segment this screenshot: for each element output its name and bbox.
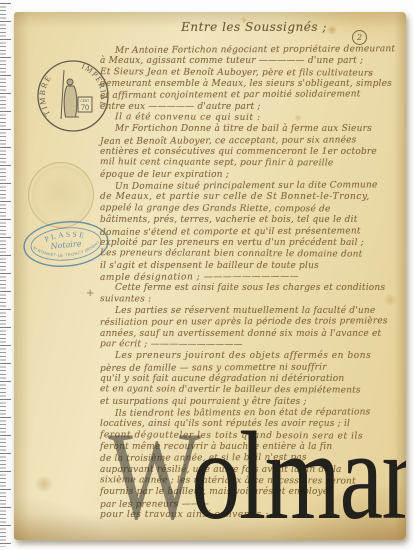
manuscript-line: Il a été convenu ce qui suit :: [115, 112, 406, 125]
ruler-major-ticks: [0, 3, 11, 547]
manuscript-line: Les preneurs déclarant bien connaître le…: [100, 248, 406, 261]
svg-text:TIMBRE: TIMBRE: [38, 73, 54, 118]
margin-cross-mark: +: [86, 288, 94, 299]
manuscript-line: Un Domaine situé principalement sur la d…: [115, 180, 406, 193]
timbre-left-arc-text: TIMBRE: [38, 73, 54, 118]
manuscript-sheet: Entre les Soussignés ; 2 TIMBRE IMPÉRIAL…: [14, 12, 406, 540]
photograph-of-document: { "page_number": "2", "heading": "Entre …: [0, 0, 414, 550]
stamp-value: 70: [81, 103, 89, 112]
manuscript-line: il s'agit et dispensent le bailleur de t…: [100, 261, 406, 272]
manuscript-line: ample désignation ; ——————————: [100, 271, 406, 284]
manuscript-line: bâtiments, prés, terres, vacherie et boi…: [100, 215, 406, 226]
manuscript-line: suivantes :: [100, 294, 406, 307]
manuscript-line: par écrit ; ——————————: [100, 339, 406, 352]
manuscript-line: à Meaux, agissant comme tuteur ————— d'u…: [100, 56, 406, 67]
manuscript-line: de Meaux, et partie sur celle de St Bonn…: [100, 192, 406, 203]
manuscript-line: et affirmant conjointement et par moitié…: [100, 89, 406, 102]
manuscript-line: mil huit cent cinquante sept, pour finir…: [100, 158, 406, 171]
manuscript-line: Jean et Benoît Auboyer, ce acceptant, po…: [100, 135, 406, 148]
stamp-value-tablet: CENT. 70: [78, 97, 92, 112]
manuscript-line: Et Sieurs Jean et Benoît Auboyer, père e…: [100, 67, 406, 80]
vertical-ruler: [0, 0, 14, 550]
document-heading: Entre les Soussignés ;: [134, 20, 374, 34]
allegorical-figure: [61, 70, 79, 119]
page-number-badge: 2: [352, 30, 367, 45]
manuscript-line: pères de famille — sans y commettre ni s…: [100, 362, 406, 375]
manuscript-line: et en ayant soin d'avertir le bailleur d…: [100, 384, 406, 397]
manuscript-line: Les preneurs jouiront des objets affermé…: [115, 351, 406, 362]
manuscript-line: domaine s'étend et comporte et qu'il est…: [100, 226, 406, 239]
notary-stamp-title: Notaire: [49, 239, 82, 251]
wolmar-watermark: Wolmar: [108, 414, 406, 540]
manuscript-line: entre eux ————— d'autre part ;: [100, 102, 406, 113]
manuscript-line: résiliation pour en user après la périod…: [100, 316, 406, 329]
manuscript-line: Mr Fortichon Donne à titre de bail à fer…: [115, 124, 406, 135]
manuscript-line: appelé la grange des Grands Riette, comp…: [100, 203, 406, 216]
manuscript-line: Mr Antoine Fortichon négociant et propri…: [115, 44, 406, 57]
notary-oval-stamp: PLASSE Notaire St BONNET-LE-TRONCY (Rhôn…: [20, 215, 112, 272]
manuscript-line: Cette ferme est ainsi faite sous les cha…: [115, 283, 406, 294]
manuscript-line: années, sauf un avertissement donné six …: [100, 329, 406, 340]
